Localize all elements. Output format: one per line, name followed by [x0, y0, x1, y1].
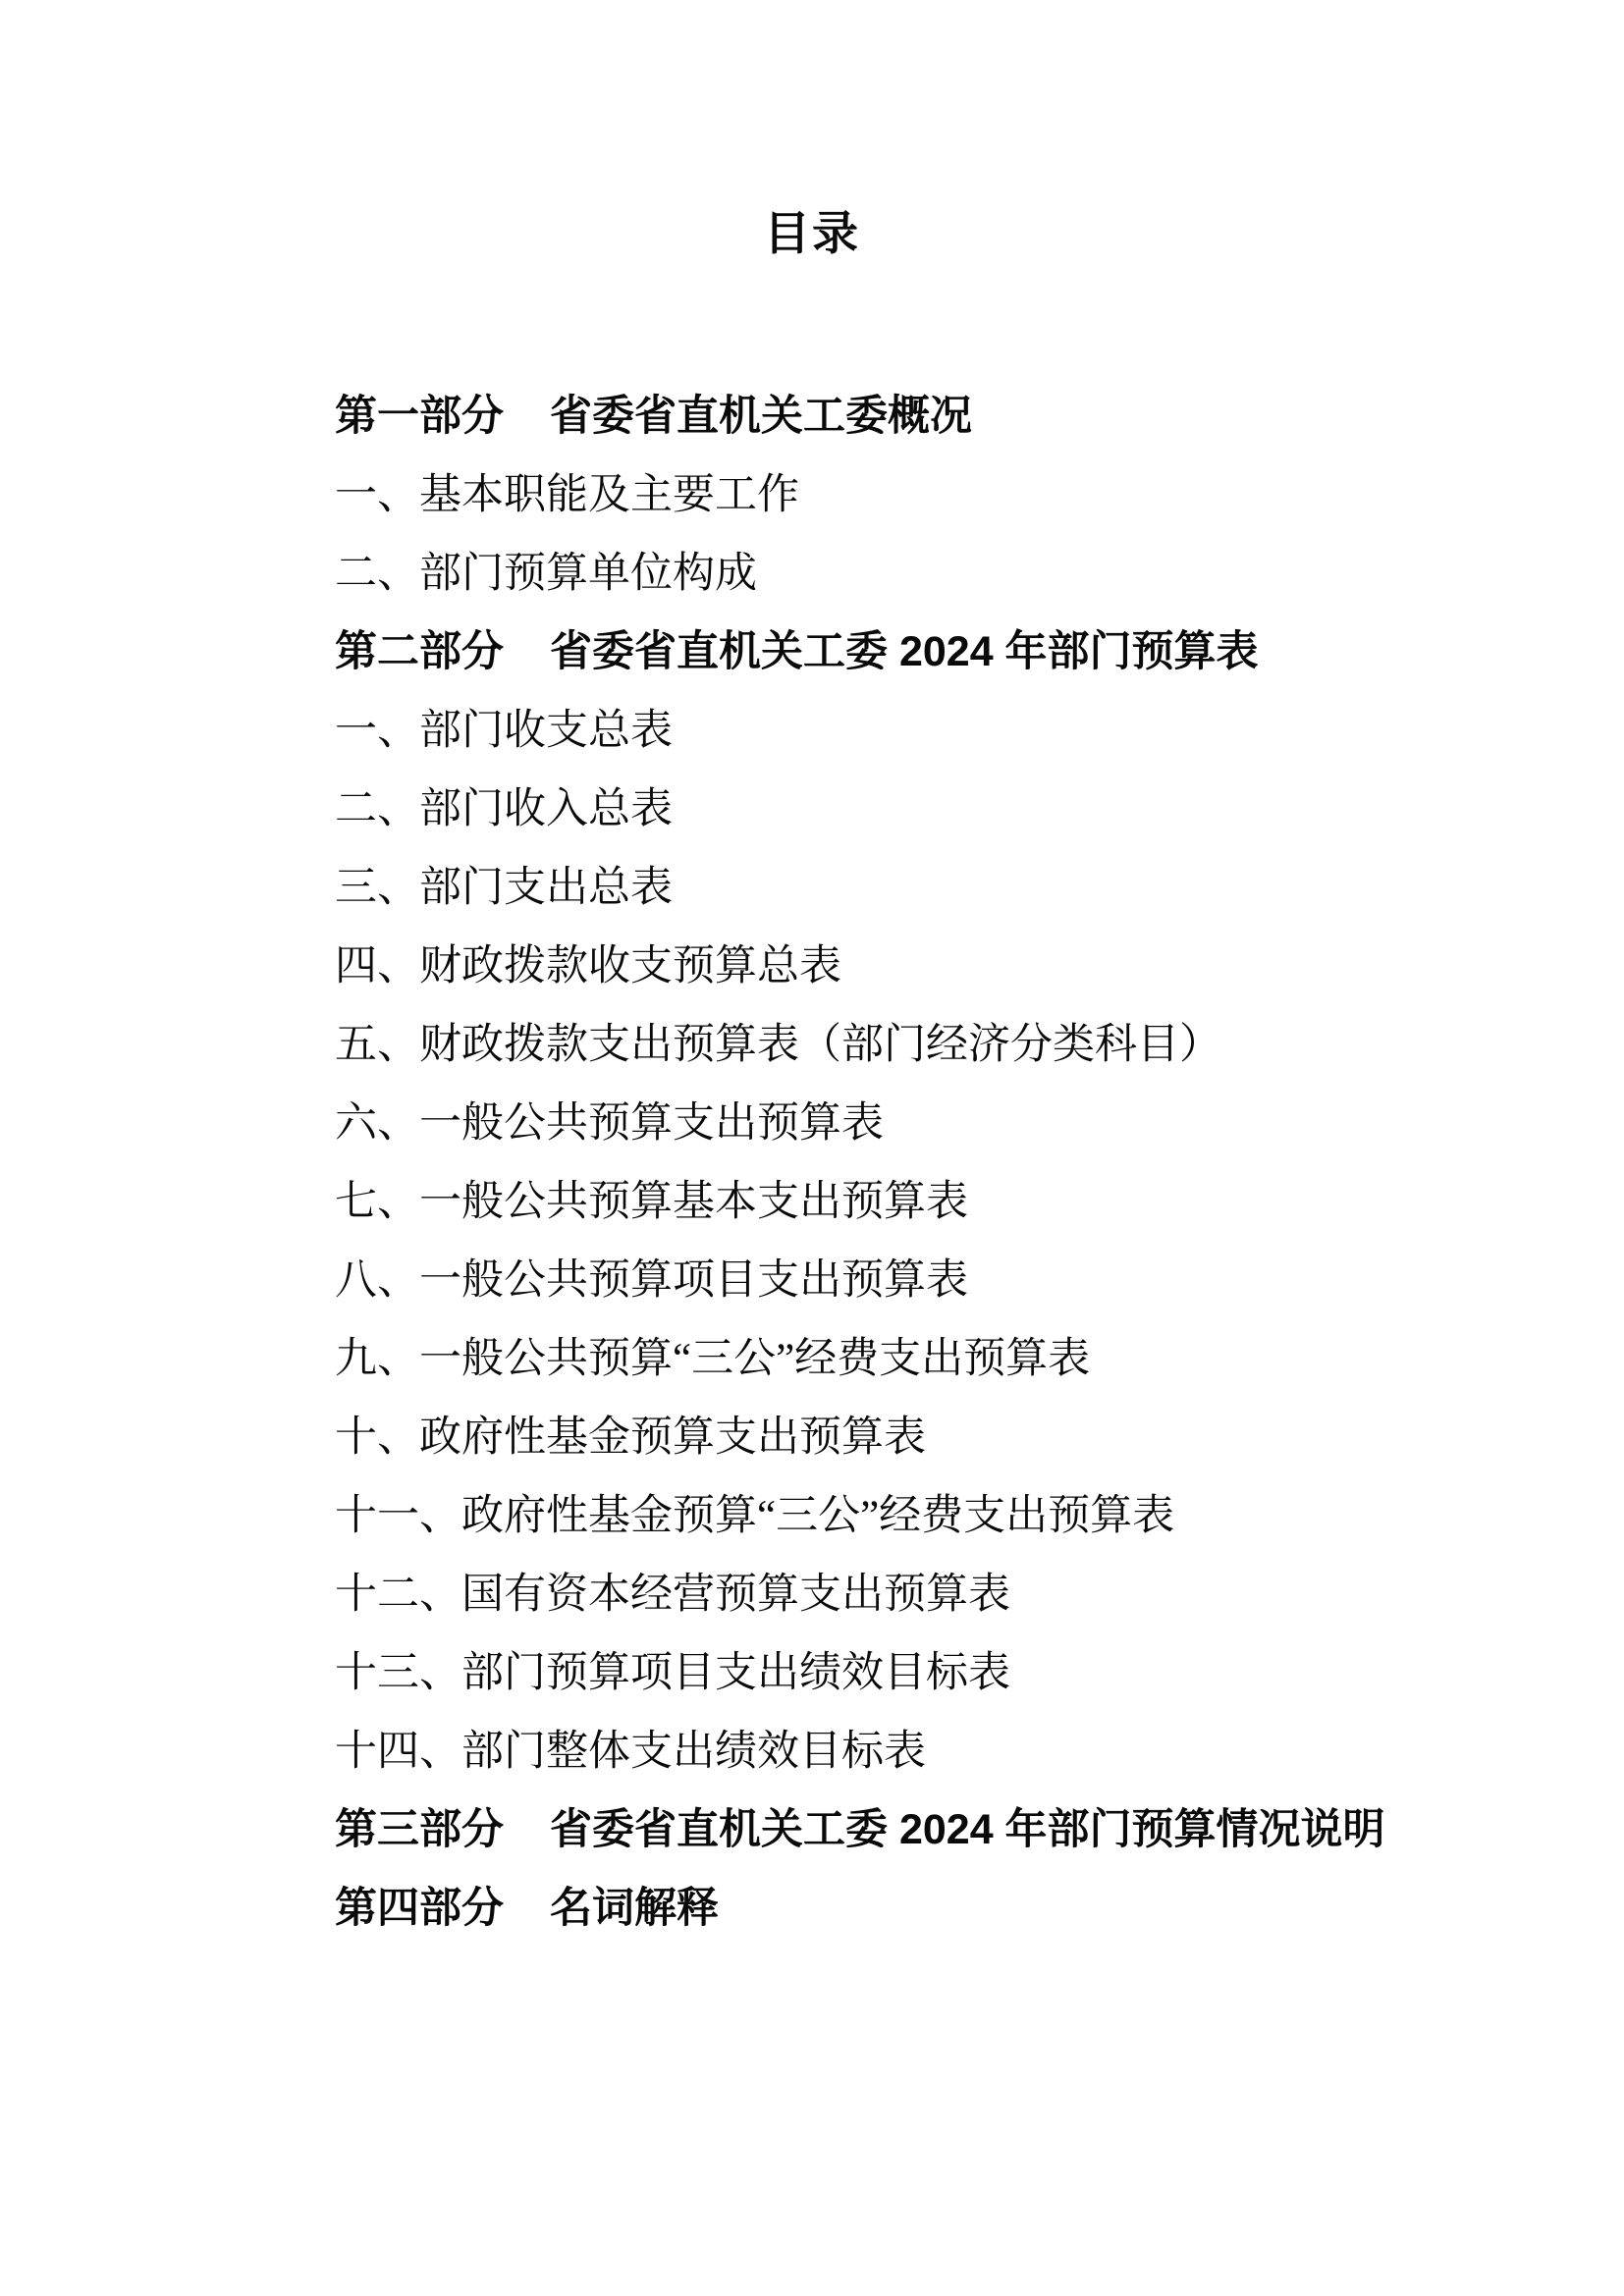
- toc-section-heading: 第一部分省委省直机关工委概况: [335, 373, 1506, 452]
- entry-number: 十三、: [335, 1639, 461, 1699]
- entry-text: 部门收入总表: [419, 775, 673, 835]
- toc-item: 一、部门收支总表: [335, 687, 1506, 766]
- entry-text: 一般公共预算基本支出预算表: [419, 1168, 968, 1228]
- entry-text: 财政拨款收支预算总表: [419, 933, 841, 992]
- toc-item: 六、一般公共预算支出预算表: [335, 1080, 1506, 1158]
- entry-text: 政府性基金预算“三公”经费支出预算表: [461, 1482, 1174, 1542]
- entry-number: 第四部分: [335, 1875, 504, 1935]
- toc-list: 第一部分省委省直机关工委概况一、基本职能及主要工作二、部门预算单位构成第二部分省…: [335, 373, 1506, 1944]
- entry-text: 一般公共预算项目支出预算表: [419, 1247, 968, 1307]
- entry-text: 部门预算单位构成: [419, 540, 757, 600]
- entry-number: 第三部分: [335, 1796, 504, 1856]
- entry-text: 一般公共预算“三公”经费支出预算表: [419, 1325, 1090, 1385]
- entry-text: 基本职能及主要工作: [419, 461, 799, 521]
- toc-item: 十四、部门整体支出绩效目标表: [335, 1708, 1506, 1787]
- toc-section-heading: 第二部分省委省直机关工委 2024 年部门预算表: [335, 609, 1506, 687]
- toc-item: 七、一般公共预算基本支出预算表: [335, 1158, 1506, 1237]
- entry-number: 八、: [335, 1247, 419, 1307]
- entry-text: 部门整体支出绩效目标表: [461, 1718, 926, 1778]
- entry-text: 省委省直机关工委 2024 年部门预算表: [550, 618, 1259, 678]
- toc-item: 一、基本职能及主要工作: [335, 452, 1506, 530]
- entry-number: 十一、: [335, 1482, 461, 1542]
- entry-number: 十二、: [335, 1561, 461, 1621]
- entry-number: 一、: [335, 697, 419, 757]
- toc-item: 十、政府性基金预算支出预算表: [335, 1394, 1506, 1472]
- page-title: 目录: [0, 209, 1624, 260]
- toc-item: 八、一般公共预算项目支出预算表: [335, 1237, 1506, 1315]
- entry-number: 二、: [335, 775, 419, 835]
- entry-text: 部门支出总表: [419, 854, 673, 914]
- toc-item: 二、部门预算单位构成: [335, 530, 1506, 609]
- entry-text: 名词解释: [550, 1875, 719, 1935]
- document-page: 目录 第一部分省委省直机关工委概况一、基本职能及主要工作二、部门预算单位构成第二…: [0, 0, 1624, 2296]
- entry-number: 第二部分: [335, 618, 504, 678]
- toc-section-heading: 第四部分名词解释: [335, 1865, 1506, 1944]
- toc-item: 三、部门支出总表: [335, 844, 1506, 923]
- entry-number: 二、: [335, 540, 419, 600]
- entry-number: 第一部分: [335, 383, 504, 443]
- entry-number: 六、: [335, 1090, 419, 1149]
- entry-text: 部门预算项目支出绩效目标表: [461, 1639, 1010, 1699]
- toc-item: 九、一般公共预算“三公”经费支出预算表: [335, 1315, 1506, 1394]
- entry-number: 十四、: [335, 1718, 461, 1778]
- entry-text: 财政拨款支出预算表（部门经济分类科目）: [419, 1011, 1221, 1071]
- entry-text: 省委省直机关工委概况: [550, 383, 972, 443]
- entry-text: 一般公共预算支出预算表: [419, 1090, 884, 1149]
- entry-number: 三、: [335, 854, 419, 914]
- toc-item: 十二、国有资本经营预算支出预算表: [335, 1551, 1506, 1629]
- entry-number: 一、: [335, 461, 419, 521]
- entry-number: 十、: [335, 1404, 419, 1464]
- toc-section-heading: 第三部分省委省直机关工委 2024 年部门预算情况说明: [335, 1787, 1506, 1865]
- toc-item: 二、部门收入总表: [335, 766, 1506, 844]
- entry-number: 七、: [335, 1168, 419, 1228]
- entry-number: 四、: [335, 933, 419, 992]
- toc-item: 四、财政拨款收支预算总表: [335, 923, 1506, 1001]
- entry-number: 九、: [335, 1325, 419, 1385]
- entry-text: 政府性基金预算支出预算表: [419, 1404, 926, 1464]
- entry-text: 国有资本经营预算支出预算表: [461, 1561, 1010, 1621]
- entry-number: 五、: [335, 1011, 419, 1071]
- entry-text: 部门收支总表: [419, 697, 673, 757]
- toc-item: 五、财政拨款支出预算表（部门经济分类科目）: [335, 1001, 1506, 1080]
- toc-item: 十三、部门预算项目支出绩效目标表: [335, 1629, 1506, 1708]
- entry-text: 省委省直机关工委 2024 年部门预算情况说明: [550, 1796, 1385, 1856]
- toc-item: 十一、政府性基金预算“三公”经费支出预算表: [335, 1472, 1506, 1551]
